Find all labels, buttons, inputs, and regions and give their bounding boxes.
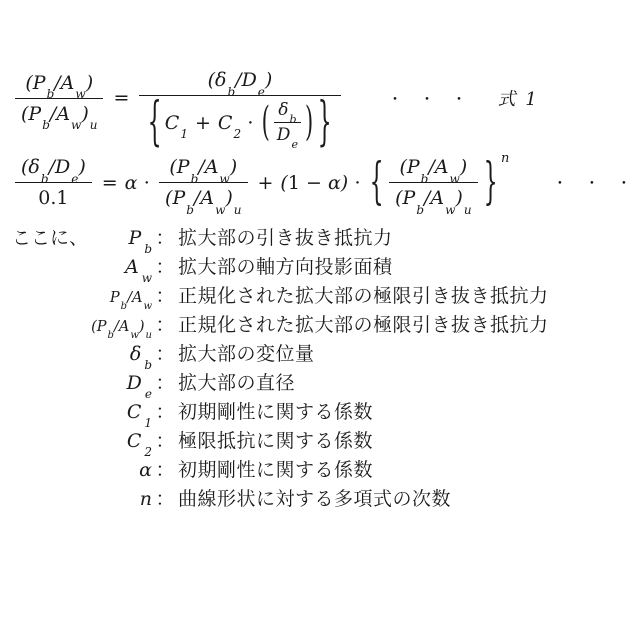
definition-desc: 拡大部の引き抜き抵抗力 (178, 223, 393, 250)
definition-colon: ： (152, 223, 178, 250)
definition-row: δb ： 拡大部の変位量 (12, 339, 632, 368)
here-label: ここに、 (12, 223, 88, 250)
math-token: ( (25, 72, 32, 94)
definition-row: Pb/Aw ： 正規化された拡大部の極限引き抜き抵抗力 (12, 281, 632, 310)
ellipsis-dots: ・・・ (552, 172, 640, 193)
definition-row: α ： 初期剛性に関する係数 (12, 455, 632, 484)
definition-desc: 初期剛性に関する係数 (178, 455, 373, 482)
math-token: A (56, 103, 70, 125)
math-token: δ (215, 69, 226, 91)
definition-symbol: δb (12, 343, 152, 365)
equation-1-label: 式 1 (498, 85, 539, 111)
definitions-list: ここに、 Pb ： 拡大部の引き抜き抵抗力 Aw ： 拡大部の軸方向投影面積 P… (12, 223, 632, 513)
definition-colon: ： (152, 426, 178, 453)
math-subscript: e (258, 85, 265, 99)
definition-colon: ： (152, 455, 178, 482)
numerator: (Pb/Aw) (159, 156, 247, 182)
definition-desc: 極限抵抗に関する係数 (178, 426, 373, 453)
right-paren: ) (305, 103, 313, 143)
eq1-lhs-fraction: (Pb/Aw) (Pb/Aw)u (15, 72, 103, 125)
eq2-braced-fraction: (Pb/Aw) (Pb/Aw)u (389, 156, 477, 209)
definition-desc: 拡大部の軸方向投影面積 (178, 252, 393, 279)
right-brace: } (318, 96, 332, 149)
multiply-dot: ⋅ (354, 172, 361, 194)
symbol-De: De (127, 372, 152, 394)
definition-row: C2 ： 極限抵抗に関する係数 (12, 426, 632, 455)
eq1-rhs-fraction: (δb/De) { C1 + C2 ⋅ ( δb De ) } (139, 69, 340, 145)
alpha-symbol: α (125, 172, 138, 194)
symbol-C1: C1 (127, 401, 152, 423)
eq2-lhs-fraction: (δb/De) 0.1 (15, 156, 92, 209)
math-token: C2 (218, 112, 241, 134)
right-brace: } (483, 158, 497, 207)
eq1-inner-fraction: δb De (274, 100, 301, 145)
definition-colon: ： (152, 368, 178, 395)
symbol-Pb: Pb (129, 227, 152, 249)
definition-symbol: α (12, 459, 152, 481)
math-subscript: w (71, 118, 81, 132)
denominator: (Pb/Aw)u (159, 182, 247, 209)
left-brace: { (369, 158, 383, 207)
definition-row: C1 ： 初期剛性に関する係数 (12, 397, 632, 426)
definition-colon: ： (152, 397, 178, 424)
symbol-Pb-over-Aw-u: (Pb/Aw)u (91, 319, 152, 335)
math-token: P (33, 72, 46, 94)
definition-colon: ： (152, 252, 178, 279)
numerator: (Pb/Aw) (389, 156, 477, 182)
left-paren: ( (262, 103, 270, 143)
definition-colon: ： (152, 310, 178, 337)
eq1-rhs-numerator: (δb/De) (139, 69, 340, 95)
definition-row: Aw ： 拡大部の軸方向投影面積 (12, 252, 632, 281)
eq2-mid-fraction: (Pb/Aw) (Pb/Aw)u (159, 156, 247, 209)
definition-desc: 曲線形状に対する多項式の次数 (178, 484, 451, 511)
definition-symbol: C1 (12, 401, 152, 423)
definition-row: (Pb/Aw)u ： 正規化された拡大部の極限引き抜き抵抗力 (12, 310, 632, 339)
definition-symbol: n (12, 488, 152, 510)
equation-2: (δb/De) 0.1 = α ⋅ (Pb/Aw) (Pb/Aw)u + (1 … (12, 156, 632, 209)
math-token: ) (78, 156, 85, 178)
multiply-dot: ⋅ (144, 172, 151, 194)
definition-colon: ： (152, 281, 178, 308)
definition-desc: 正規化された拡大部の極限引き抜き抵抗力 (178, 281, 549, 308)
definition-symbol: (Pb/Aw)u (12, 319, 152, 335)
math-token: δ (28, 156, 39, 178)
plus-sign: + (195, 112, 211, 134)
definition-desc: 拡大部の変位量 (178, 339, 315, 366)
equals-sign: = (113, 87, 129, 109)
definition-desc: 初期剛性に関する係数 (178, 397, 373, 424)
eq1-lhs-numerator: (Pb/Aw) (15, 72, 103, 98)
math-subscript: e (71, 172, 78, 186)
definition-symbol: Aw (12, 256, 152, 278)
math-token: P (28, 103, 41, 125)
math-token: ) (86, 72, 93, 94)
document-page: (Pb/Aw) (Pb/Aw)u = (δb/De) { C1 + C2 ⋅ (… (0, 0, 640, 513)
math-token: ( (208, 69, 215, 91)
math-token: C1 (165, 112, 188, 134)
exponent-n: n (501, 151, 509, 166)
definition-symbol: De (12, 372, 152, 394)
definition-colon: ： (152, 339, 178, 366)
symbol-Aw: Aw (125, 256, 152, 278)
math-subscript: b (42, 118, 50, 132)
math-subscript: b (227, 85, 235, 99)
definition-colon: ： (152, 484, 178, 511)
symbol-alpha: α (139, 459, 152, 481)
eq1-rhs-denominator: { C1 + C2 ⋅ ( δb De ) } (139, 95, 340, 145)
eq2-lhs-numerator: (δb/De) (15, 156, 92, 182)
ellipsis-dots: ・・・ (388, 88, 484, 109)
definition-row: n ： 曲線形状に対する多項式の次数 (12, 484, 632, 513)
definition-desc: 拡大部の直径 (178, 368, 295, 395)
plus-sign: + (258, 172, 274, 194)
equation-1: (Pb/Aw) (Pb/Aw)u = (δb/De) { C1 + C2 ⋅ (… (12, 60, 632, 136)
symbol-delta-b: δb (130, 343, 152, 365)
math-token: ) (81, 103, 88, 125)
symbol-Pb-over-Aw: Pb/Aw (110, 290, 152, 306)
definition-symbol: ここに、 Pb (12, 223, 152, 250)
math-token: D (55, 156, 70, 178)
definition-row: De ： 拡大部の直径 (12, 368, 632, 397)
math-subscript: u (90, 118, 98, 132)
math-subscript: b (41, 172, 49, 186)
equals-sign: = (102, 172, 118, 194)
math-subscript: w (75, 87, 85, 101)
math-token: D (242, 69, 257, 91)
one-minus-alpha-group: (1 − α) (280, 172, 348, 194)
eq1-lhs-denominator: (Pb/Aw)u (15, 98, 103, 125)
eq2-lhs-denominator: 0.1 (15, 182, 92, 209)
multiply-dot: ⋅ (247, 112, 254, 134)
inner-numerator: δb (274, 100, 301, 122)
symbol-n: n (140, 488, 152, 510)
left-brace: { (148, 96, 162, 149)
denominator: (Pb/Aw)u (389, 182, 477, 209)
definition-desc: 正規化された拡大部の極限引き抜き抵抗力 (178, 310, 549, 337)
definition-symbol: Pb/Aw (12, 290, 152, 306)
symbol-C2: C2 (127, 430, 152, 452)
math-token: A (61, 72, 75, 94)
math-subscript: b (47, 87, 55, 101)
definition-symbol: C2 (12, 430, 152, 452)
math-token: ) (265, 69, 272, 91)
definition-row: ここに、 Pb ： 拡大部の引き抜き抵抗力 (12, 223, 632, 252)
